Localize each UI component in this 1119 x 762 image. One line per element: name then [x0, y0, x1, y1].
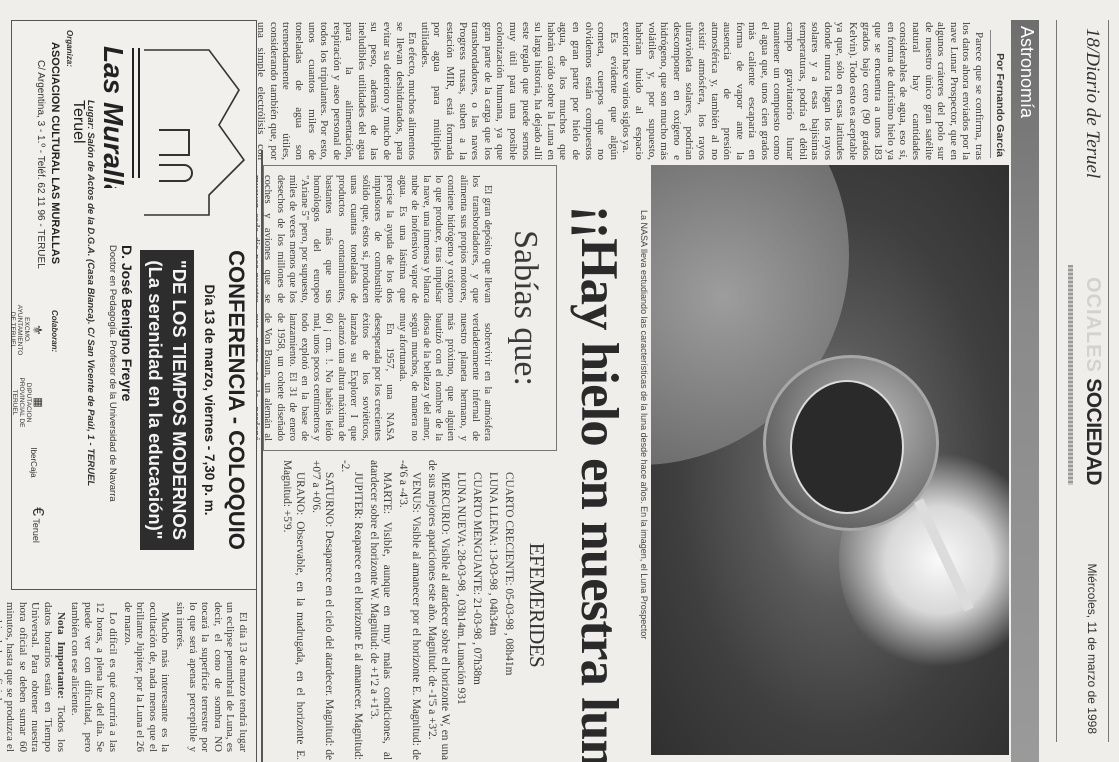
- article-paragraph: Es evidente que algún cometa, cuerpos qu…: [418, 22, 620, 160]
- sponsor-ayuntamiento: ⚜ EXCMO. AYUNTAMIENTO DE TERUEL: [9, 300, 44, 360]
- sidebar-title: Sabías que:: [506, 165, 544, 451]
- efemerides-item: JUPITER: Reaparece en el horizonte E al …: [338, 460, 364, 760]
- section-ghost-text: OCIALES: [1082, 277, 1104, 373]
- eclipse-paragraph: Lo difícil es qué ocurrirá a las 12 hora…: [69, 602, 119, 752]
- spacecraft-interior: [790, 380, 904, 514]
- important-note: Nota Importante: Todos los datos horario…: [0, 602, 67, 752]
- ad-collaborators-label: Colaboran:: [50, 310, 59, 352]
- sponsor-ibercaja: IberCaja: [30, 440, 37, 485]
- efemerides-item: MERCURIO: Visible al atardecer sobre el …: [425, 460, 451, 760]
- ad-date: Día 13 de marzo, viernes - 7,30 p. m.: [202, 240, 217, 560]
- eclipse-paragraph: Mucho más interesante es la ocultación d…: [121, 602, 171, 752]
- article-paragraph: Parece que se confirma, tras los datos a…: [620, 22, 985, 160]
- efemerides-list: CUARTO CRECIENTE: 05-03-98 , 08h41m LUNA…: [277, 460, 515, 760]
- efemerides-item: CUARTO MENGUANTE: 21-03-98 , 07h38m: [470, 460, 483, 760]
- efemerides-item: VENUS: Visible al amanecer por el horizo…: [396, 460, 422, 760]
- sponsor-diputacion: ▦ DIPUTACION PROVINCIAL DE TERUEL: [11, 375, 44, 430]
- ad-organizer-label: Organiza:: [65, 30, 74, 67]
- sponsor-name: Teruel: [31, 518, 41, 543]
- byline-rule: [990, 30, 991, 158]
- sponsor-teruel: € Teruel: [32, 490, 41, 560]
- byline: Por Fernando García: [994, 32, 1006, 157]
- ad-address: C/ Argentina, 3 - 1.º - Teléf. 62 11 96 …: [35, 60, 46, 269]
- section-label: SOCIEDAD: [1082, 378, 1105, 485]
- header-decorative-bar: [1068, 265, 1073, 485]
- article-photo: [651, 165, 1009, 755]
- section-bar: [1011, 20, 1039, 762]
- ad-organizer: ASOCIACION CULTURAL LAS MURALLAS: [49, 42, 61, 264]
- sponsor-name: EXCMO. AYUNTAMIENTO DE TERUEL: [9, 300, 30, 360]
- efemerides-title: EFEMERIDES: [524, 455, 549, 755]
- photo-caption: La NASA lleva estudiando las característ…: [639, 210, 649, 755]
- svg-text:Las Murallas: Las Murallas: [98, 46, 129, 188]
- section-divider: [256, 150, 263, 762]
- coat-of-arms-icon: ⚜: [30, 300, 44, 360]
- ad-banner-line-2: (La serenidad en la educación)": [143, 250, 167, 550]
- eclipse-paragraph: El día 13 de marzo tendrá lugar un eclip…: [173, 602, 249, 752]
- ad-banner-line-1: "DE LOS TIEMPOS MODERNOS: [167, 250, 191, 550]
- ad-venue: Lugar: Salón de Actos de la D.G.A. (Casa…: [85, 100, 96, 570]
- eclipse-notes: El día 13 de marzo tendrá lugar un eclip…: [0, 602, 249, 752]
- sidebar-paragraph: El gran depósito que llevan los transbor…: [237, 175, 493, 303]
- ad-banner: "DE LOS TIEMPOS MODERNOS (La serenidad e…: [140, 250, 194, 550]
- efemerides-item: SATURNO: Desaparece en el cielo del atar…: [309, 460, 335, 760]
- publication-date: Miércoles, 11 de marzo de 1998: [1085, 563, 1099, 734]
- header-top-rule: [1108, 20, 1109, 742]
- header-bottom-rule: [1056, 20, 1057, 742]
- sidebar-paragraph: sobrevivir en la atmósfera verdaderament…: [395, 313, 493, 441]
- ad-speaker-description: Doctor en Pedagogía. Profesor de la Univ…: [107, 245, 118, 565]
- section-title: Astronomía: [1016, 26, 1037, 118]
- efemerides-item: LUNA NUEVA: 28-03-98 , 03h14m. Lunación …: [454, 460, 467, 760]
- headline: ¡¡Hay hielo en nuestra luna!!: [569, 205, 629, 762]
- efemerides-item: LUNA LLENA: 13-03-98 , 04h34m: [486, 460, 499, 760]
- newspaper-page: 18/Diario de Teruel OCIALES SOCIEDAD Mié…: [0, 0, 1119, 762]
- ad-speaker: D. José Benigno Freyre: [119, 245, 135, 545]
- efemerides-item: MARTE: Visible, aunque en muy malas cond…: [367, 460, 393, 760]
- euro-like-logo-icon: €: [29, 507, 46, 516]
- diputacion-logo-icon: ▦: [32, 375, 44, 430]
- sponsor-name: DIPUTACION PROVINCIAL DE TERUEL: [11, 375, 32, 430]
- efemerides-item: URANO: Observable, en la madrugada, en e…: [280, 460, 306, 760]
- note-label: Nota Importante:: [55, 612, 67, 699]
- ad-title: CONFERENCIA - COLOQUIO: [223, 230, 249, 570]
- efemerides-item: CUARTO CRECIENTE: 05-03-98 , 08h41m: [502, 460, 515, 760]
